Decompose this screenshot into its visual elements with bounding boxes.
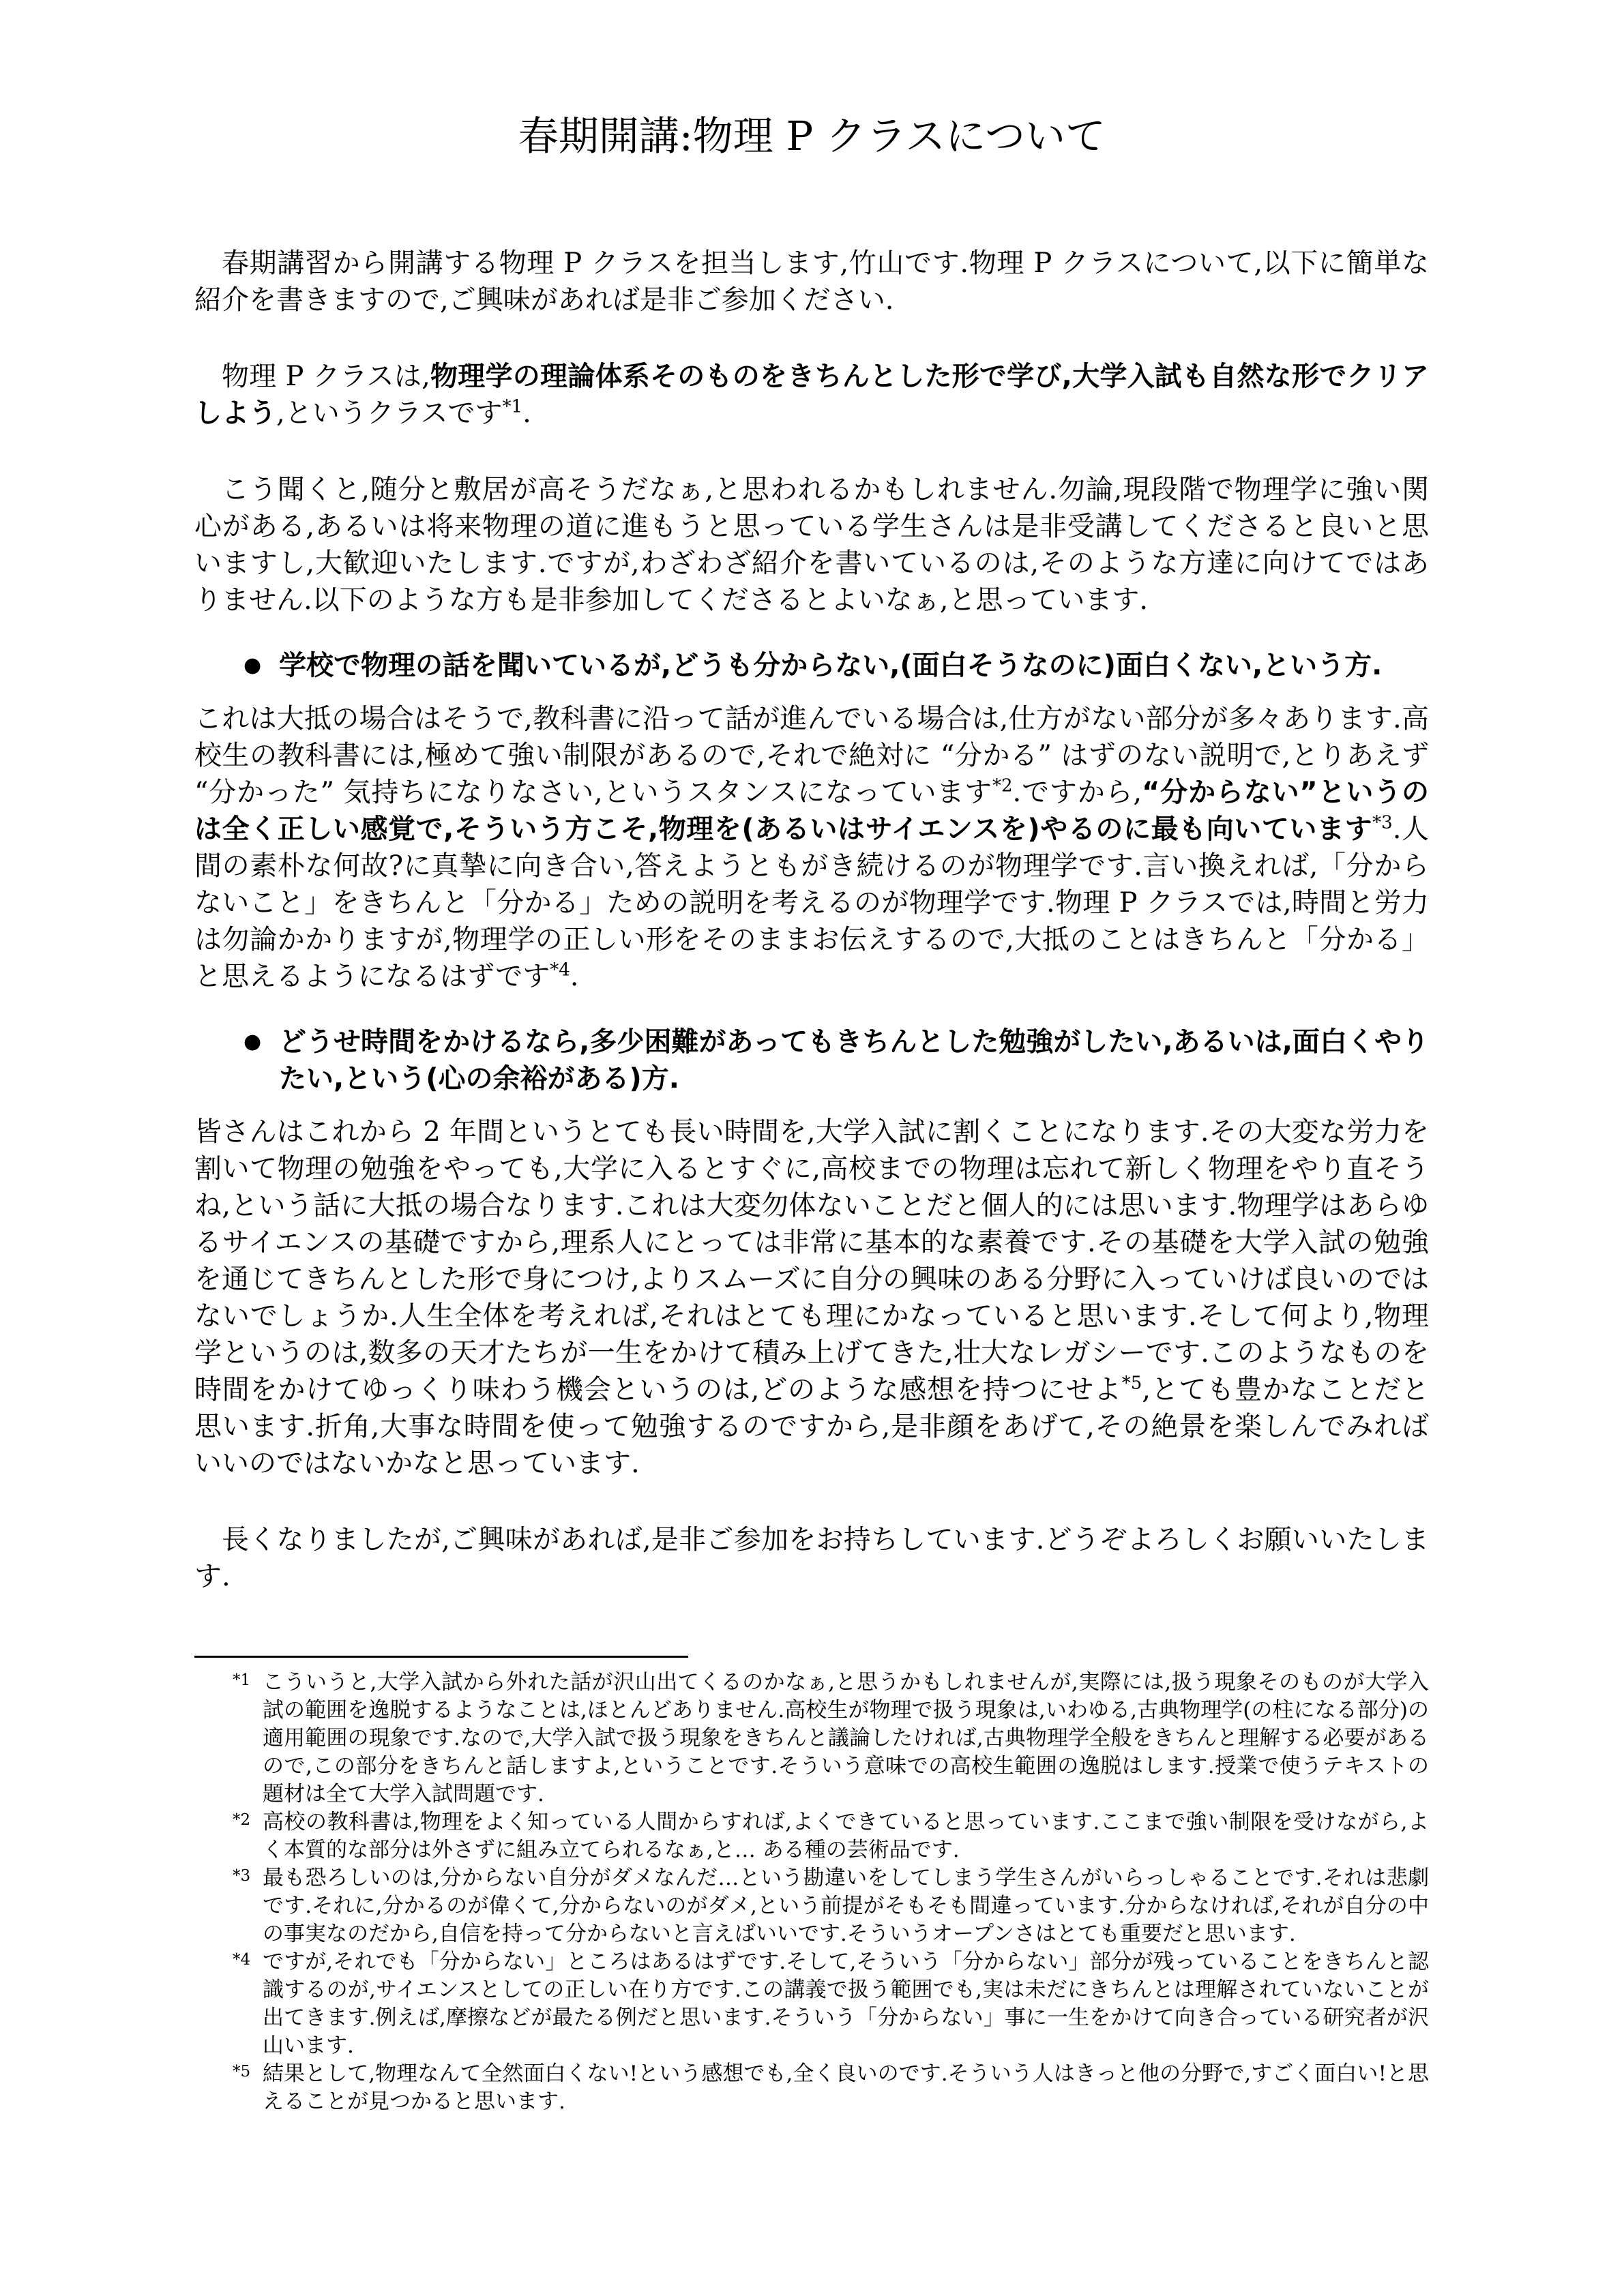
footnotes-section: *1こういうと,大学入試から外れた話が沢山出てくるのかなぁ,と思うかもしれません…	[194, 1656, 1429, 2116]
footnote-item: *4ですが,それでも「分からない」ところはあるはずです.そして,そういう「分から…	[194, 1948, 1429, 2060]
document-page: 春期開講:物理 P クラスについて 春期講習から開講する物理 P クラスを担当し…	[0, 0, 1624, 2296]
footnote-ref: *4	[550, 960, 570, 981]
document-body: 春期講習から開講する物理 P クラスを担当します,竹山です.物理 P クラスにつ…	[194, 245, 1429, 1595]
bullet-icon: ●	[243, 647, 261, 684]
footnote-text: 結果として,物理なんて全然面白くない!という感想でも,全く良いのです.そういう人…	[263, 2061, 1429, 2114]
reassurance-paragraph: こう聞くと,随分と敷居が高そうだなぁ,と思われるかもしれません.勿論,現段階で物…	[194, 471, 1429, 618]
footnote-item: *1こういうと,大学入試から外れた話が沢山出てくるのかなぁ,と思うかもしれません…	[194, 1669, 1429, 1808]
emphasis-text: 学校で物理の話を聞いているが,どうも分からない,(面白そうなのに)面白くない,と…	[279, 650, 1382, 681]
footnote-item: *5結果として,物理なんて全然面白くない!という感想でも,全く良いのです.そうい…	[194, 2060, 1429, 2116]
textbook-explanation-paragraph: これは大抵の場合はそうで,教科書に沿って話が進んでいる場合は,仕方がない部分が多…	[194, 700, 1429, 995]
footnote-marker: *2	[233, 1806, 250, 1834]
footnote-item: *3最も恐ろしいのは,分からない自分がダメなんだ…という勘違いをしてしまう学生さ…	[194, 1864, 1429, 1948]
footnote-text: 最も恐ろしいのは,分からない自分がダメなんだ…という勘違いをしてしまう学生さんが…	[263, 1866, 1429, 1946]
footnote-text: ですが,それでも「分からない」ところはあるはずです.そして,そういう「分からない…	[263, 1950, 1429, 2058]
bullet-icon: ●	[243, 1024, 261, 1060]
text-run: .	[570, 961, 579, 992]
footnote-ref: *5	[1122, 1373, 1142, 1394]
closing-paragraph: 長くなりましたが,ご興味があれば,是非ご参加をお持ちしています.どうぞよろしくお…	[194, 1521, 1429, 1595]
footnote-list: *1こういうと,大学入試から外れた話が沢山出てくるのかなぁ,と思うかもしれません…	[194, 1669, 1429, 2116]
bullet-want-proper-study: ●どうせ時間をかけるなら,多少困難があってもきちんとした勉強がしたい,あるいは,…	[194, 1024, 1429, 1097]
text-run: 長くなりましたが,ご興味があれば,是非ご参加をお持ちしています.どうぞよろしくお…	[194, 1524, 1429, 1592]
bullet-text: 学校で物理の話を聞いているが,どうも分からない,(面白そうなのに)面白くない,と…	[279, 650, 1382, 681]
footnote-marker: *4	[233, 1946, 250, 1974]
emphasis-text: どうせ時間をかけるなら,多少困難があってもきちんとした勉強がしたい,あるいは,面…	[279, 1026, 1429, 1094]
footnote-text: 高校の教科書は,物理をよく知っている人間からすれば,よくできていると思っています…	[263, 1810, 1429, 1862]
footnote-marker: *3	[233, 1862, 250, 1890]
footnote-text: こういうと,大学入試から外れた話が沢山出てくるのかなぁ,と思うかもしれませんが,…	[263, 1670, 1429, 1806]
class-concept-paragraph: 物理 P クラスは,物理学の理論体系そのものをきちんとした形で学び,大学入試も自…	[194, 358, 1429, 432]
legacy-paragraph: 皆さんはこれから 2 年間というとても長い時間を,大学入試に割くことになります.…	[194, 1114, 1429, 1482]
text-run: ,というクラスです	[276, 398, 503, 429]
text-run: .	[522, 398, 531, 429]
text-run: 春期講習から開講する物理 P クラスを担当します,竹山です.物理 P クラスにつ…	[194, 248, 1429, 316]
footnote-marker: *1	[233, 1667, 250, 1695]
bullet-cant-understand: ●学校で物理の話を聞いているが,どうも分からない,(面白そうなのに)面白くない,…	[194, 647, 1429, 684]
footnote-marker: *5	[233, 2058, 250, 2086]
footnote-ref: *3	[1372, 813, 1393, 833]
footnote-ref: *1	[503, 397, 523, 417]
text-run: 皆さんはこれから 2 年間というとても長い時間を,大学入試に割くことになります.…	[194, 1116, 1429, 1405]
intro-paragraph: 春期講習から開講する物理 P クラスを担当します,竹山です.物理 P クラスにつ…	[194, 245, 1429, 318]
bullet-text: どうせ時間をかけるなら,多少困難があってもきちんとした勉強がしたい,あるいは,面…	[279, 1026, 1429, 1094]
footnote-ref: *2	[992, 776, 1013, 796]
page-title: 春期開講:物理 P クラスについて	[0, 0, 1624, 156]
text-run: 物理 P クラスは,	[222, 361, 430, 392]
footnote-item: *2高校の教科書は,物理をよく知っている人間からすれば,よくできていると思ってい…	[194, 1808, 1429, 1864]
text-run: こう聞くと,随分と敷居が高そうだなぁ,と思われるかもしれません.勿論,現段階で物…	[194, 474, 1429, 616]
text-run: .ですから,	[1013, 777, 1142, 808]
footnote-rule	[194, 1656, 688, 1658]
